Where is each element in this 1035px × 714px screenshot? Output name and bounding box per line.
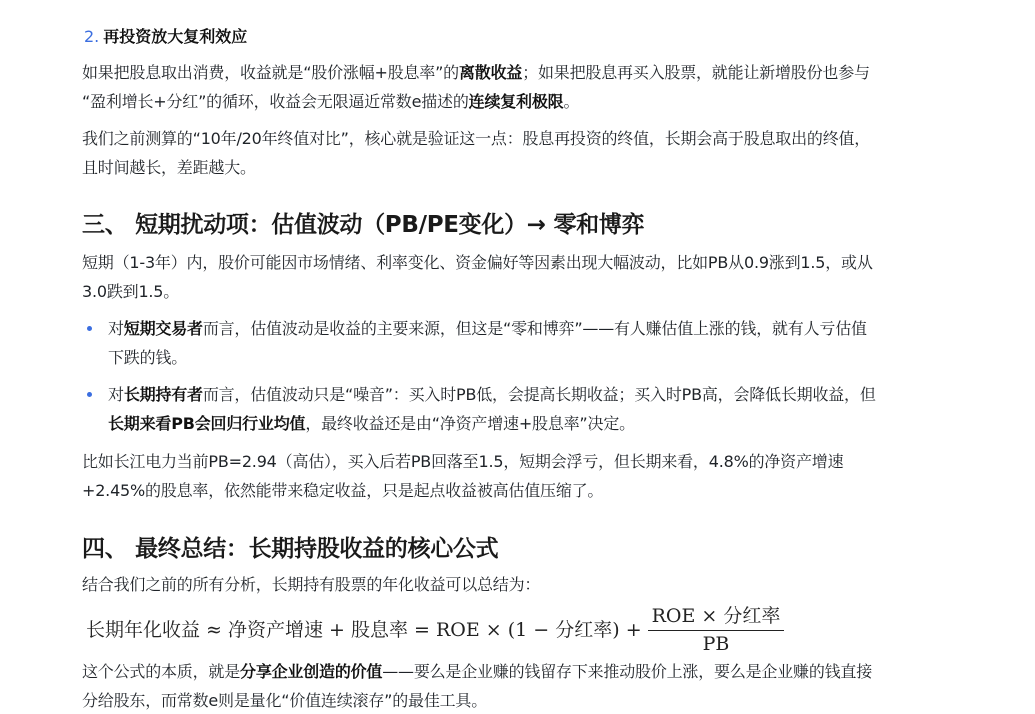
text: 下跌的钱。 bbox=[108, 348, 187, 367]
list-item: 对长期持有者而言，估值波动只是“噪音”：买入时PB低，会提高长期收益；买入时PB… bbox=[82, 380, 992, 438]
bullet-list: 对短期交易者而言，估值波动是收益的主要来源，但这是“零和博弈”——有人赚估值上涨… bbox=[82, 314, 992, 438]
fraction-numerator: ROE × 分红率 bbox=[648, 601, 785, 631]
text: 我们之前测算的“10年/20年终值对比”，核心就是验证这一点：股息再投资的终值，… bbox=[82, 129, 870, 148]
bold-text: 离散收益 bbox=[459, 63, 522, 82]
paragraph-example: 比如长江电力当前PB=2.94（高估），买入后若PB回落至1.5，短期会浮亏，但… bbox=[82, 447, 843, 505]
text: 。 bbox=[563, 92, 579, 111]
subsection-title-text: 再投资放大复利效应 bbox=[103, 27, 247, 46]
text: 比如长江电力当前PB=2.94（高估），买入后若PB回落至1.5，短期会浮亏，但… bbox=[82, 452, 843, 471]
text: 如果把股息取出消费，收益就是“股价涨幅+股息率”的 bbox=[82, 63, 459, 82]
paragraph-summary-intro: 结合我们之前的所有分析，长期持有股票的年化收益可以总结为： bbox=[82, 570, 540, 599]
text: +2.45%的股息率，依然能带来稳定收益，只是起点收益被高估值压缩了。 bbox=[82, 481, 603, 500]
bold-text: 连续复利极限 bbox=[469, 92, 564, 111]
text: 而言，估值波动是收益的主要来源，但这是“零和博弈”——有人赚估值上涨的钱，就有人… bbox=[203, 319, 867, 338]
subsection-title: 2.再投资放大复利效应 bbox=[84, 24, 247, 47]
text: 分给股东，而常数e则是量化“价值连续滚存”的最佳工具。 bbox=[82, 691, 487, 710]
bold-text: 分享企业创造的价值 bbox=[240, 662, 382, 681]
formula: 长期年化收益 ≈ 净资产增速 + 股息率 = ROE × (1 − 分红率) +… bbox=[86, 600, 784, 656]
list-item: 对短期交易者而言，估值波动是收益的主要来源，但这是“零和博弈”——有人赚估值上涨… bbox=[82, 314, 992, 372]
text: 对 bbox=[108, 319, 124, 338]
section-heading-3: 三、 短期扰动项：估值波动（PB/PE变化）→ 零和博弈 bbox=[82, 206, 644, 239]
text: ——要么是企业赚的钱留存下来推动股价上涨，要么是企业赚的钱直接 bbox=[382, 662, 872, 681]
text: 3.0跌到1.5。 bbox=[82, 282, 179, 301]
formula-lhs: 长期年化收益 ≈ 净资产增速 + 股息率 = ROE × (1 − 分红率) + bbox=[86, 615, 642, 642]
paragraph-short-term: 短期（1-3年）内，股价可能因市场情绪、利率变化、资金偏好等因素出现大幅波动，比… bbox=[82, 248, 873, 306]
text: 对 bbox=[108, 385, 124, 404]
text: 且时间越长，差距越大。 bbox=[82, 158, 256, 177]
paragraph-dividend-compounding: 如果把股息取出消费，收益就是“股价涨幅+股息率”的离散收益；如果把股息再买入股票… bbox=[82, 58, 870, 116]
fraction-denominator: PB bbox=[703, 631, 730, 655]
text: 短期（1-3年）内，股价可能因市场情绪、利率变化、资金偏好等因素出现大幅波动，比… bbox=[82, 253, 873, 272]
formula-fraction: ROE × 分红率 PB bbox=[648, 601, 785, 655]
text: 而言，估值波动只是“噪音”：买入时PB低，会提高长期收益；买入时PB高，会降低长… bbox=[203, 385, 876, 404]
text: “盈利增长+分红”的循环，收益会无限逼近常数e描述的 bbox=[82, 92, 469, 111]
bold-text: 长期持有者 bbox=[124, 385, 203, 404]
section-heading-4: 四、 最终总结：长期持股收益的核心公式 bbox=[82, 530, 498, 563]
subsection-number: 2. bbox=[84, 27, 99, 46]
paragraph-terminal-value: 我们之前测算的“10年/20年终值对比”，核心就是验证这一点：股息再投资的终值，… bbox=[82, 124, 870, 182]
text: ，最终收益还是由“净资产增速+股息率”决定。 bbox=[305, 414, 635, 433]
text: ；如果把股息再买入股票，就能让新增股份也参与 bbox=[522, 63, 870, 82]
text: 这个公式的本质，就是 bbox=[82, 662, 240, 681]
bold-text: 长期来看PB会回归行业均值 bbox=[108, 414, 305, 433]
paragraph-conclusion: 这个公式的本质，就是分享企业创造的价值——要么是企业赚的钱留存下来推动股价上涨，… bbox=[82, 657, 872, 714]
bold-text: 短期交易者 bbox=[124, 319, 203, 338]
